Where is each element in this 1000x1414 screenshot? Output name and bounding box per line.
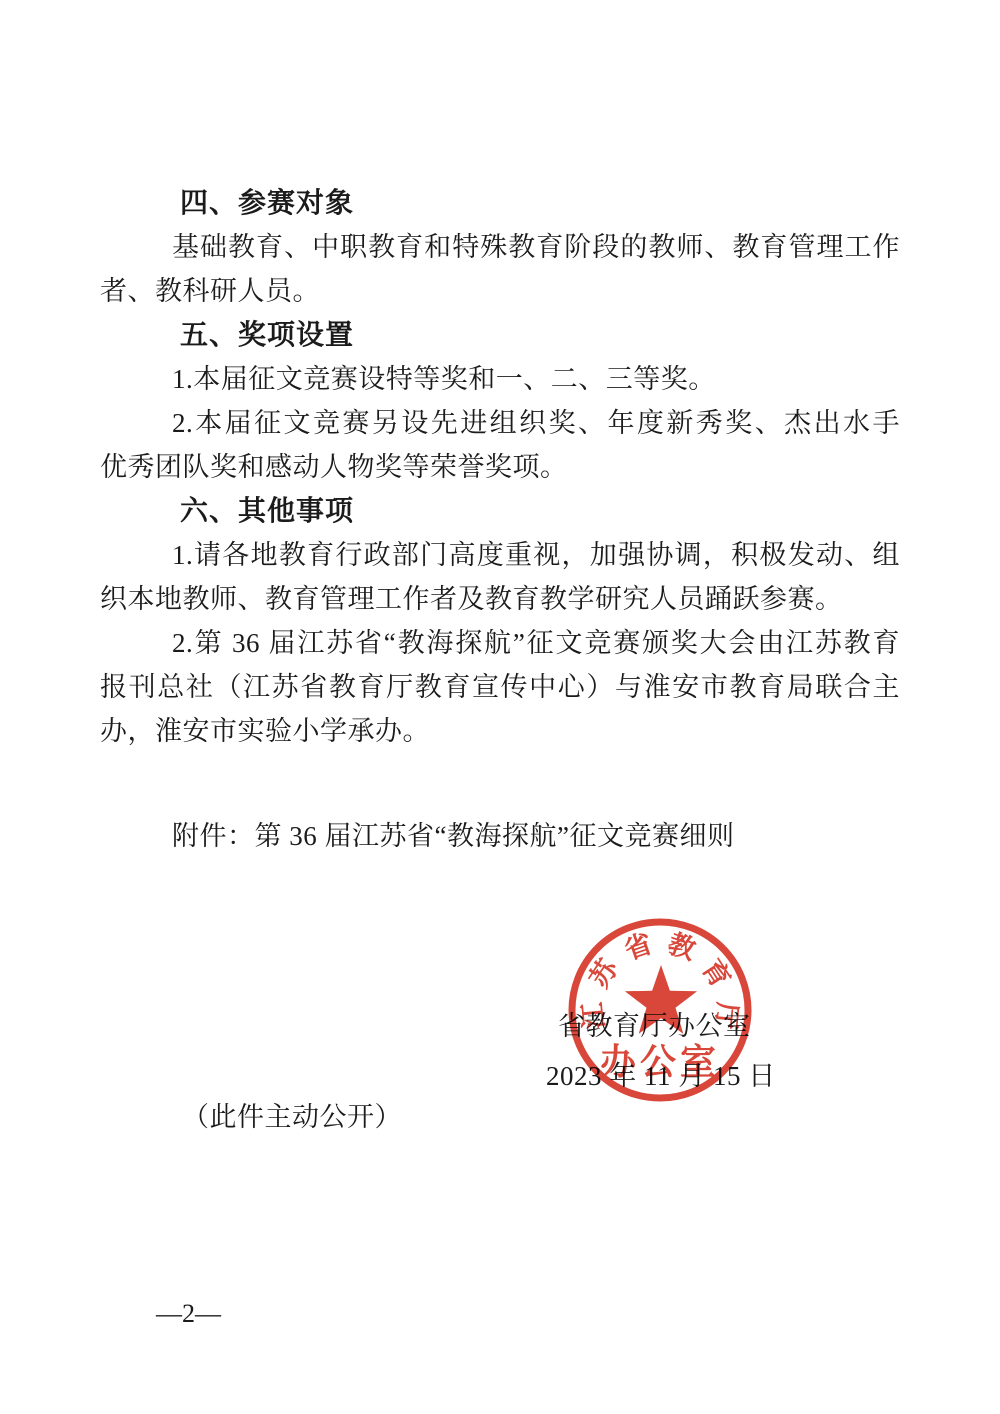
seal-arc-char: 省 xyxy=(621,928,656,965)
seal-arc-char: 教 xyxy=(664,928,700,965)
disclosure-note: （此件主动公开） xyxy=(182,1095,402,1139)
section-heading: 四、参赛对象 xyxy=(100,181,900,225)
document-page: 四、参赛对象 基础教育、中职教育和特殊教育阶段的教师、教育管理工作 者、教科研人… xyxy=(0,0,1000,1414)
document-line: 2.本届征文竞赛另设先进组织奖、年度新秀奖、杰出水手奖、 xyxy=(100,401,900,445)
section-heading: 五、奖项设置 xyxy=(100,313,900,357)
attachment-line: 附件：第 36 届江苏省“教海探航”征文竞赛细则 xyxy=(100,814,900,858)
document-line: 1.本届征文竞赛设特等奖和一、二、三等奖。 xyxy=(100,357,900,401)
document-line: 1.请各地教育行政部门高度重视，加强协调，积极发动、组 xyxy=(100,533,900,577)
document-line: 报刊总社（江苏省教育厅教育宣传中心）与淮安市教育局联合主 xyxy=(100,665,900,709)
document-line: 织本地教师、教育管理工作者及教育教学研究人员踊跃参赛。 xyxy=(100,577,900,621)
document-line: 者、教科研人员。 xyxy=(100,269,900,313)
signature-date: 2023 年 11 月 15 日 xyxy=(546,1054,776,1098)
section-heading: 六、其他事项 xyxy=(100,489,900,533)
document-line: 2.第 36 届江苏省“教海探航”征文竞赛颁奖大会由江苏教育 xyxy=(100,621,900,665)
document-body: 四、参赛对象 基础教育、中职教育和特殊教育阶段的教师、教育管理工作 者、教科研人… xyxy=(100,181,900,858)
seal-arc-char: 育 xyxy=(696,954,737,994)
document-line: 优秀团队奖和感动人物奖等荣誉奖项。 xyxy=(100,445,900,489)
document-line: 基础教育、中职教育和特殊教育阶段的教师、教育管理工作 xyxy=(100,225,900,269)
seal-arc-char: 苏 xyxy=(584,953,624,993)
page-number: —2— xyxy=(156,1292,221,1336)
signature-office: 省教育厅办公室 xyxy=(558,1004,751,1048)
document-line: 办，淮安市实验小学承办。 xyxy=(100,709,900,753)
